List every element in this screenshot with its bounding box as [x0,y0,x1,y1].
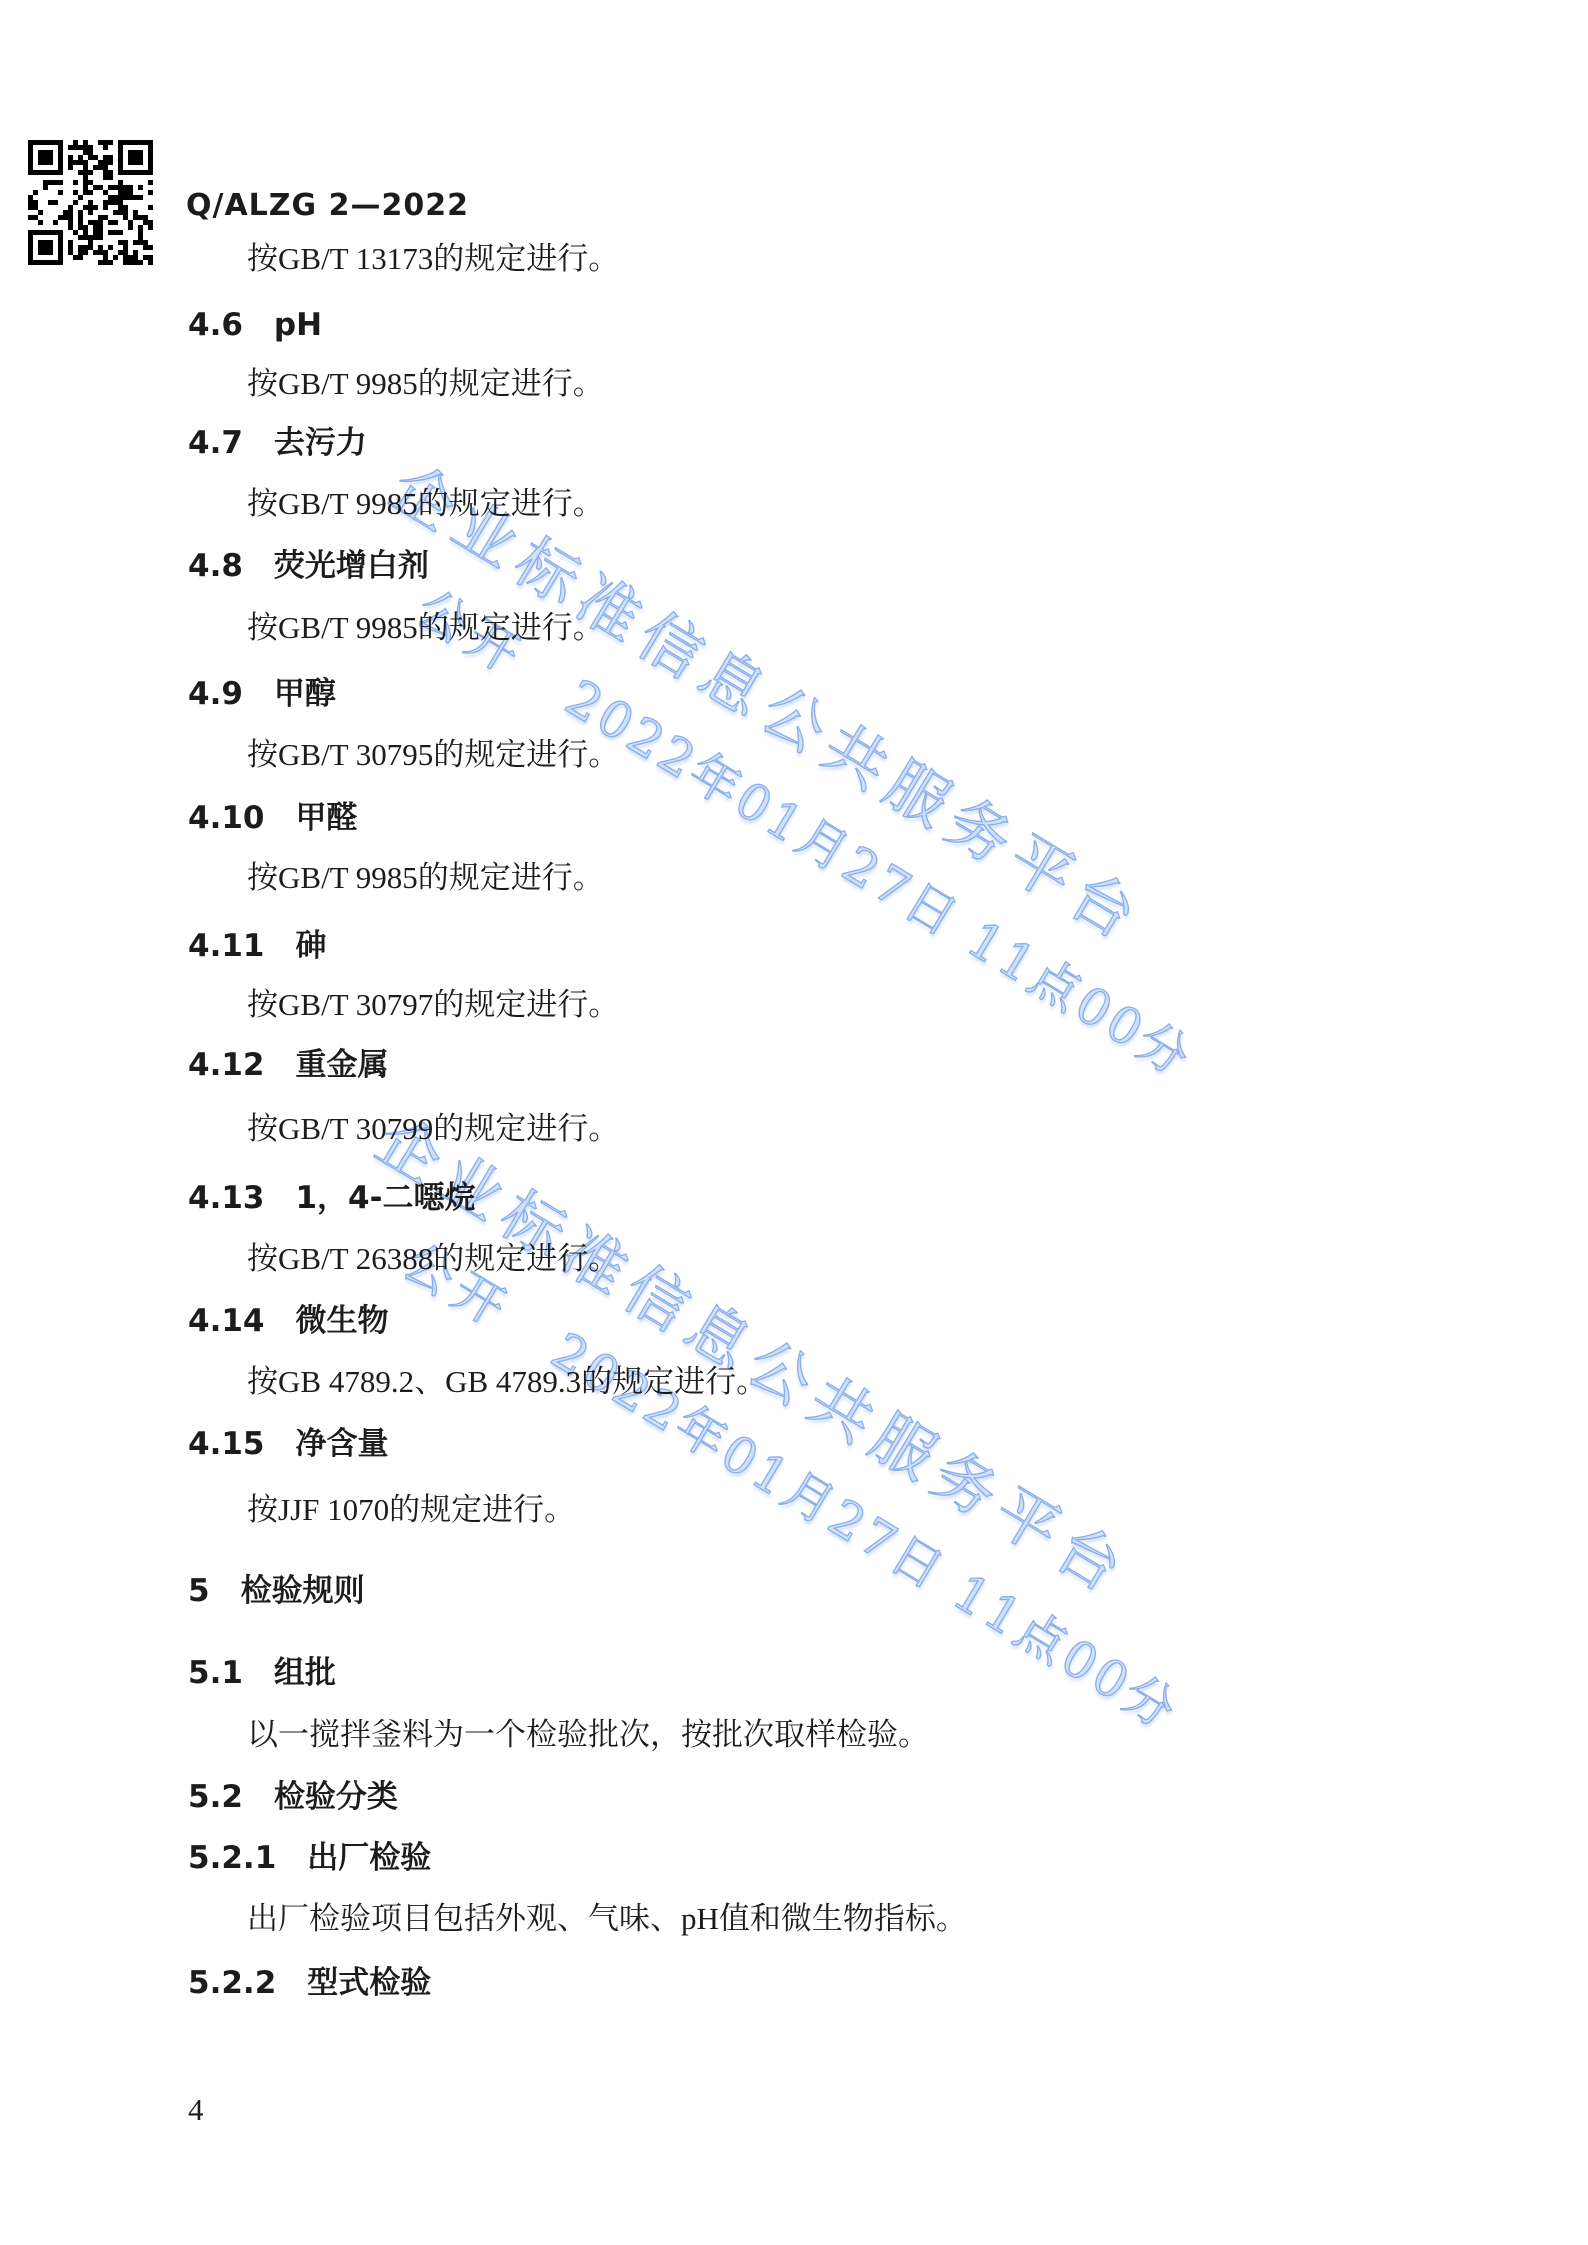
body-paragraph: 按GB/T 9985的规定进行。 [247,610,604,646]
section-heading: 4.8 荧光增白剂 [188,549,429,585]
section-heading: 5.1 组批 [188,1656,336,1692]
watermark-platform-text: 企业标准信息公共服务平台 [381,455,1251,1012]
body-paragraph: 按GB 4789.2、GB 4789.3的规定进行。 [247,1364,767,1400]
section-heading: 4.7 去污力 [188,426,367,462]
body-paragraph: 按GB/T 9985的规定进行。 [247,486,604,522]
section-heading: 5.2 检验分类 [188,1780,398,1816]
section-heading: 4.12 重金属 [188,1048,389,1084]
chapter-heading: 5 检验规则 [188,1574,365,1610]
section-heading: 4.10 甲醛 [188,801,358,837]
section-heading: 5.2.2 型式检验 [188,1966,431,2002]
document-page: 企业标准信息公共服务平台 公开2022年01月27日 11点00分 企业标准信息… [0,0,1588,2245]
page-number: 4 [188,2092,204,2128]
section-heading: 5.2.1 出厂检验 [188,1841,431,1877]
body-paragraph: 按GB/T 13173的规定进行。 [247,241,619,277]
watermark-timestamp: 2022年01月27日 11点00分 [556,668,1203,1088]
body-paragraph: 按GB/T 30797的规定进行。 [247,987,619,1023]
body-paragraph: 按GB/T 9985的规定进行。 [247,366,604,402]
section-heading: 4.9 甲醇 [188,677,336,713]
body-paragraph: 按GB/T 26388的规定进行。 [247,1241,619,1277]
body-paragraph: 按GB/T 30795的规定进行。 [247,737,619,773]
section-heading: 4.11 砷 [188,929,327,965]
section-heading: 4.15 净含量 [188,1427,389,1463]
body-paragraph: 以一搅拌釜料为一个检验批次，按批次取样检验。 [247,1717,929,1753]
body-paragraph: 按JJF 1070的规定进行。 [247,1492,575,1528]
section-heading: 4.6 pH [188,308,322,344]
section-heading: 4.13 1，4-二噁烷 [188,1181,476,1217]
body-paragraph: 按GB/T 9985的规定进行。 [247,860,604,896]
document-code: Q/ALZG 2—2022 [186,188,469,223]
section-heading: 4.14 微生物 [188,1304,389,1340]
body-paragraph: 出厂检验项目包括外观、气味、pH值和微生物指标。 [247,1901,967,1937]
body-paragraph: 按GB/T 30799的规定进行。 [247,1111,619,1147]
qr-code [28,140,153,265]
